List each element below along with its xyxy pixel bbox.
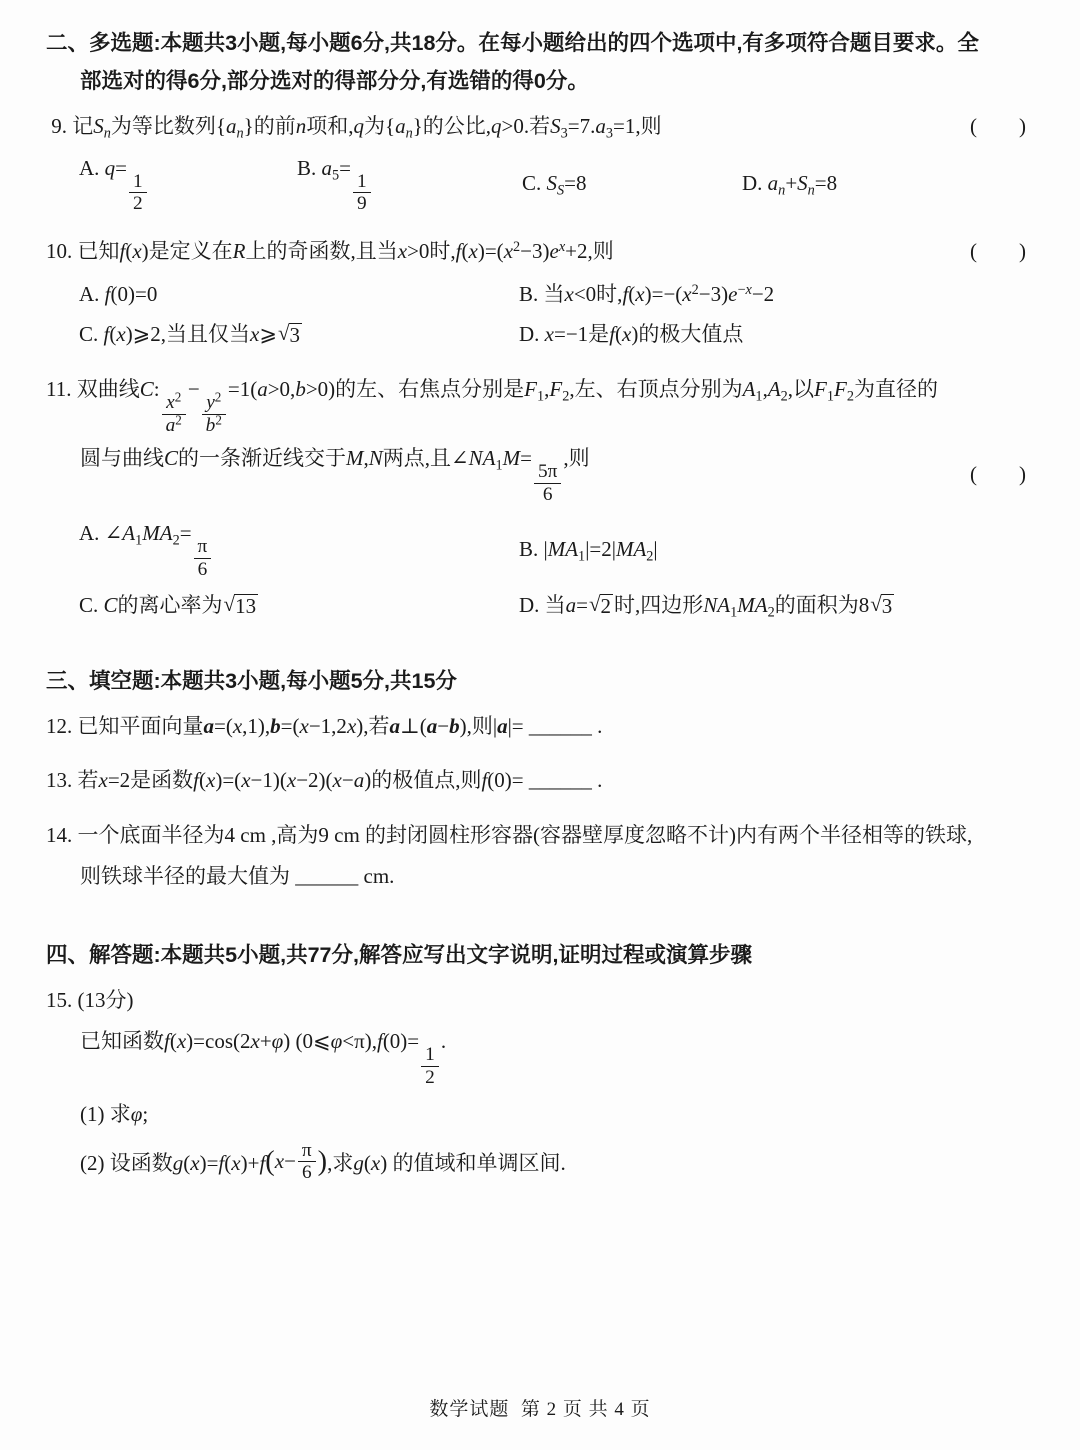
question-14-text-line2: 则铁球半径的最大值为 ______ cm. [80,862,394,891]
exam-paper-page: 二、多选题:本题共3小题,每小题6分,共18分。在每小题给出的四个选项中,有多项… [0,0,1080,1450]
section-title-text: 三、填空题:本题共3小题,每小题5分,共15分 [46,669,457,693]
question-10-option-d: D. x=−1是f(x)的极大值点 [519,320,1040,349]
question-14-text-line1: 14. 一个底面半径为4 cm ,高为9 cm 的封闭圆柱形容器(容器壁厚度忽略… [46,821,972,850]
question-10-option-a: A. f(0)=0 [79,280,519,309]
question-9-options: A. q=12 B. a5=19 C. SS=8 D. an+Sn=8 [79,154,1040,215]
question-9-option-d: D. an+Sn=8 [742,169,1040,198]
question-11-answer-paren: ( ) [970,460,1026,489]
question-10-answer-paren: ( ) [970,237,1026,266]
question-11-text-line2: 圆与曲线C的一条渐近线交于M,N两点,且∠NA1M=5π6,则 [80,444,590,505]
question-11-options-row1: A. ∠A1MA2=π6 B. |MA1|=2|MA2| [79,519,1040,580]
question-11-text-line1: 11. 双曲线C:x2a2−y2b2=1(a>0,b>0)的左、右焦点分别是F1… [46,375,938,436]
question-15-formula-text: 已知函数f(x)=cos(2x+φ) (0⩽φ<π),f(0)=12. [80,1027,446,1088]
question-10-options-row1: A. f(0)=0 B. 当x<0时,f(x)=−(x2−3)e−x−2 [79,280,1040,309]
section-multichoice-title-line2: 部选对的得6分,部分选对的得部分分,有选错的得0分。 [80,66,1040,96]
section-fill-blank-title: 三、填空题:本题共3小题,每小题5分,共15分 [46,666,1040,696]
section-multichoice-title-line1: 二、多选题:本题共3小题,每小题6分,共18分。在每小题给出的四个选项中,有多项… [46,28,1040,58]
question-15-formula: 已知函数f(x)=cos(2x+φ) (0⩽φ<π),f(0)=12. [80,1027,1040,1088]
question-9-option-a: A. q=12 [79,154,297,215]
page-footer-text: 数学试题 第 2 页 共 4 页 [429,1399,650,1420]
question-12-text: 12. 已知平面向量a=(x,1),b=(x−1,2x),若a⊥(a−b),则|… [46,712,602,741]
question-15-head: 15. (13分) [46,986,1040,1015]
section-free-response-title: 四、解答题:本题共5小题,共77分,解答应写出文字说明,证明过程或演算步骤 [46,940,1040,970]
question-11-option-d: D. 当a=√2时,四边形NA1MA2的面积为8√3 [519,591,1040,620]
question-11-option-c: C. C的离心率为√13 [79,591,519,620]
question-10-options-row2: C. f(x)⩾2,当且仅当x⩾√3 D. x=−1是f(x)的极大值点 [79,320,1040,349]
question-13-stem: 13. 若x=2是函数f(x)=(x−1)(x−2)(x−a)的极值点,则f(0… [46,766,1040,795]
question-11-stem-line1: 11. 双曲线C:x2a2−y2b2=1(a>0,b>0)的左、右焦点分别是F1… [46,375,1040,436]
question-9-stem: 9. 记Sn为等比数列{an}的前n项和,q为{an}的公比,q>0.若S3=7… [46,112,1040,141]
question-10-text: 10. 已知f(x)是定义在R上的奇函数,且当x>0时,f(x)=(x2−3)e… [46,237,614,266]
section-title-text: 四、解答题:本题共5小题,共77分,解答应写出文字说明,证明过程或演算步骤 [46,943,752,967]
question-9-option-b: B. a5=19 [297,154,522,215]
question-15-part1-text: (1) 求φ; [80,1100,148,1129]
question-15-part2: (2) 设函数g(x)=f(x)+f(x−π6),求g(x) 的值域和单调区间. [80,1140,1040,1184]
question-14-stem-line1: 14. 一个底面半径为4 cm ,高为9 cm 的封闭圆柱形容器(容器壁厚度忽略… [46,821,1040,850]
question-13-text: 13. 若x=2是函数f(x)=(x−1)(x−2)(x−a)的极值点,则f(0… [46,766,602,795]
question-10-stem: 10. 已知f(x)是定义在R上的奇函数,且当x>0时,f(x)=(x2−3)e… [46,237,1040,266]
question-9-text: 9. 记Sn为等比数列{an}的前n项和,q为{an}的公比,q>0.若S3=7… [46,112,662,141]
question-15-number: 15. (13分) [46,986,134,1015]
question-11-option-b: B. |MA1|=2|MA2| [519,535,1040,564]
page-footer: 数学试题 第 2 页 共 4 页 [0,1397,1080,1424]
question-9-option-c: C. SS=8 [522,169,742,198]
question-10-option-b: B. 当x<0时,f(x)=−(x2−3)e−x−2 [519,280,1040,309]
question-11-options-row2: C. C的离心率为√13 D. 当a=√2时,四边形NA1MA2的面积为8√3 [79,591,1040,620]
section-title-text: 二、多选题:本题共3小题,每小题6分,共18分。在每小题给出的四个选项中,有多项… [46,31,979,55]
question-11-option-a: A. ∠A1MA2=π6 [79,519,519,580]
question-12-stem: 12. 已知平面向量a=(x,1),b=(x−1,2x),若a⊥(a−b),则|… [46,712,1040,741]
question-11-stem-line2: 圆与曲线C的一条渐近线交于M,N两点,且∠NA1M=5π6,则 ( ) [80,444,1040,505]
question-10-option-c: C. f(x)⩾2,当且仅当x⩾√3 [79,320,519,349]
question-9-answer-paren: ( ) [970,112,1026,141]
question-15-part2-text: (2) 设函数g(x)=f(x)+f(x−π6),求g(x) 的值域和单调区间. [80,1140,566,1184]
question-15-part1: (1) 求φ; [80,1100,1040,1129]
question-14-stem-line2: 则铁球半径的最大值为 ______ cm. [80,862,1040,891]
section-title-text: 部选对的得6分,部分选对的得部分分,有选错的得0分。 [80,69,589,93]
